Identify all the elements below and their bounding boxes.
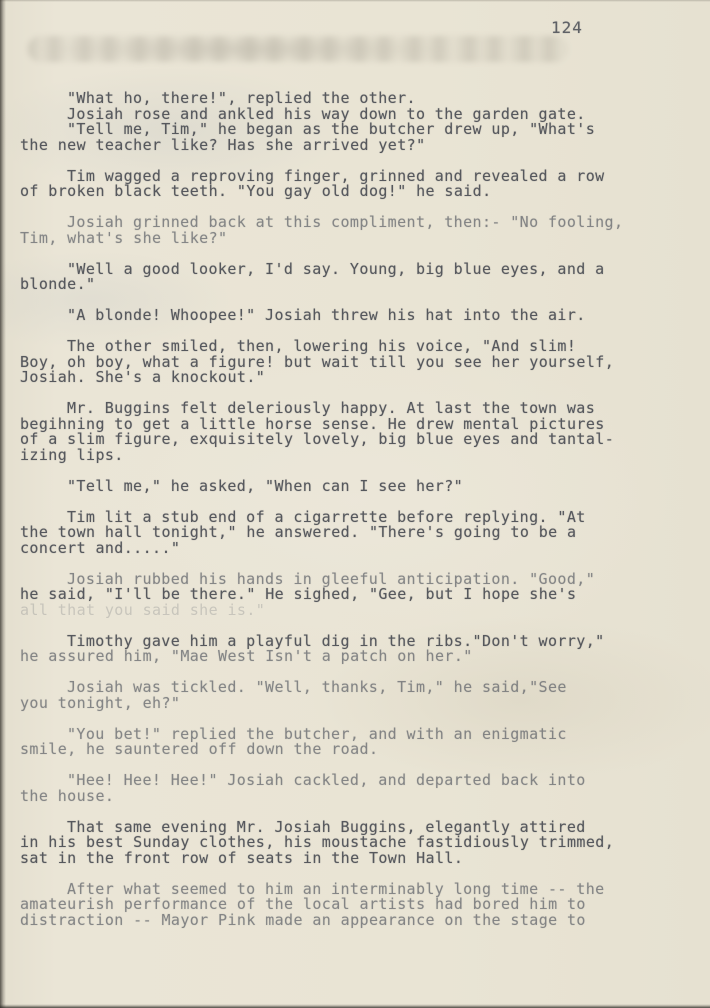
page-number: 124	[551, 18, 583, 37]
text-line: "A blonde! Whoopee!" Josiah threw his ha…	[20, 308, 670, 324]
text-line: "Hee! Hee! Hee!" Josiah cackled, and dep…	[20, 773, 670, 789]
text-line: sat in the front row of seats in the Tow…	[20, 851, 670, 867]
paragraph: "Tell me," he asked, "When can I see her…	[20, 479, 670, 495]
paragraph: Josiah was tickled. "Well, thanks, Tim,"…	[20, 680, 670, 711]
manuscript-page: 124 "What ho, there!", replied the other…	[0, 0, 710, 1008]
text-line: of broken black teeth. "You gay old dog!…	[20, 184, 670, 200]
scan-edge-left	[0, 0, 6, 1008]
paragraph: Timothy gave him a playful dig in the ri…	[20, 634, 670, 665]
paragraph: The other smiled, then, lowering his voi…	[20, 339, 670, 386]
text-line: concert and....."	[20, 541, 670, 557]
paragraph: Tim wagged a reproving finger, grinned a…	[20, 169, 670, 200]
paragraph: "You bet!" replied the butcher, and with…	[20, 727, 670, 758]
paragraph: Josiah grinned back at this compliment, …	[20, 215, 670, 246]
paragraph: Josiah rubbed his hands in gleeful antic…	[20, 572, 670, 619]
scan-edge-top	[0, 0, 710, 2]
paragraph: Tim lit a stub end of a cigarrette befor…	[20, 510, 670, 557]
paragraph: "Well a good looker, I'd say. Young, big…	[20, 262, 670, 293]
paragraph: That same evening Mr. Josiah Buggins, el…	[20, 820, 670, 867]
text-line: distraction -- Mayor Pink made an appear…	[20, 913, 670, 929]
paragraph: "What ho, there!", replied the other.Jos…	[20, 91, 670, 153]
text-line: "Tell me," he asked, "When can I see her…	[20, 479, 670, 495]
paragraph: Mr. Buggins felt deleriously happy. At l…	[20, 401, 670, 463]
ink-bleed-through-smudge	[28, 36, 568, 62]
text-line: Tim, what's she like?"	[20, 231, 670, 247]
paragraph: "Hee! Hee! Hee!" Josiah cackled, and dep…	[20, 773, 670, 804]
paragraph: "A blonde! Whoopee!" Josiah threw his ha…	[20, 308, 670, 324]
text-line: he assured him, "Mae West Isn't a patch …	[20, 649, 670, 665]
text-line: the new teacher like? Has she arrived ye…	[20, 138, 670, 154]
text-line: "Well a good looker, I'd say. Young, big…	[20, 262, 670, 278]
text-line: Josiah. She's a knockout."	[20, 370, 670, 386]
scan-edge-bottom	[0, 1004, 710, 1008]
text-line: the house.	[20, 789, 670, 805]
text-line: you tonight, eh?"	[20, 696, 670, 712]
text-line: all that you said she is."	[20, 603, 670, 619]
text-line: smile, he sauntered off down the road.	[20, 742, 670, 758]
text-line: izing lips.	[20, 448, 670, 464]
typed-text: "What ho, there!", replied the other.Jos…	[20, 91, 670, 944]
paragraph: After what seemed to him an interminably…	[20, 882, 670, 929]
text-line: blonde."	[20, 277, 670, 293]
